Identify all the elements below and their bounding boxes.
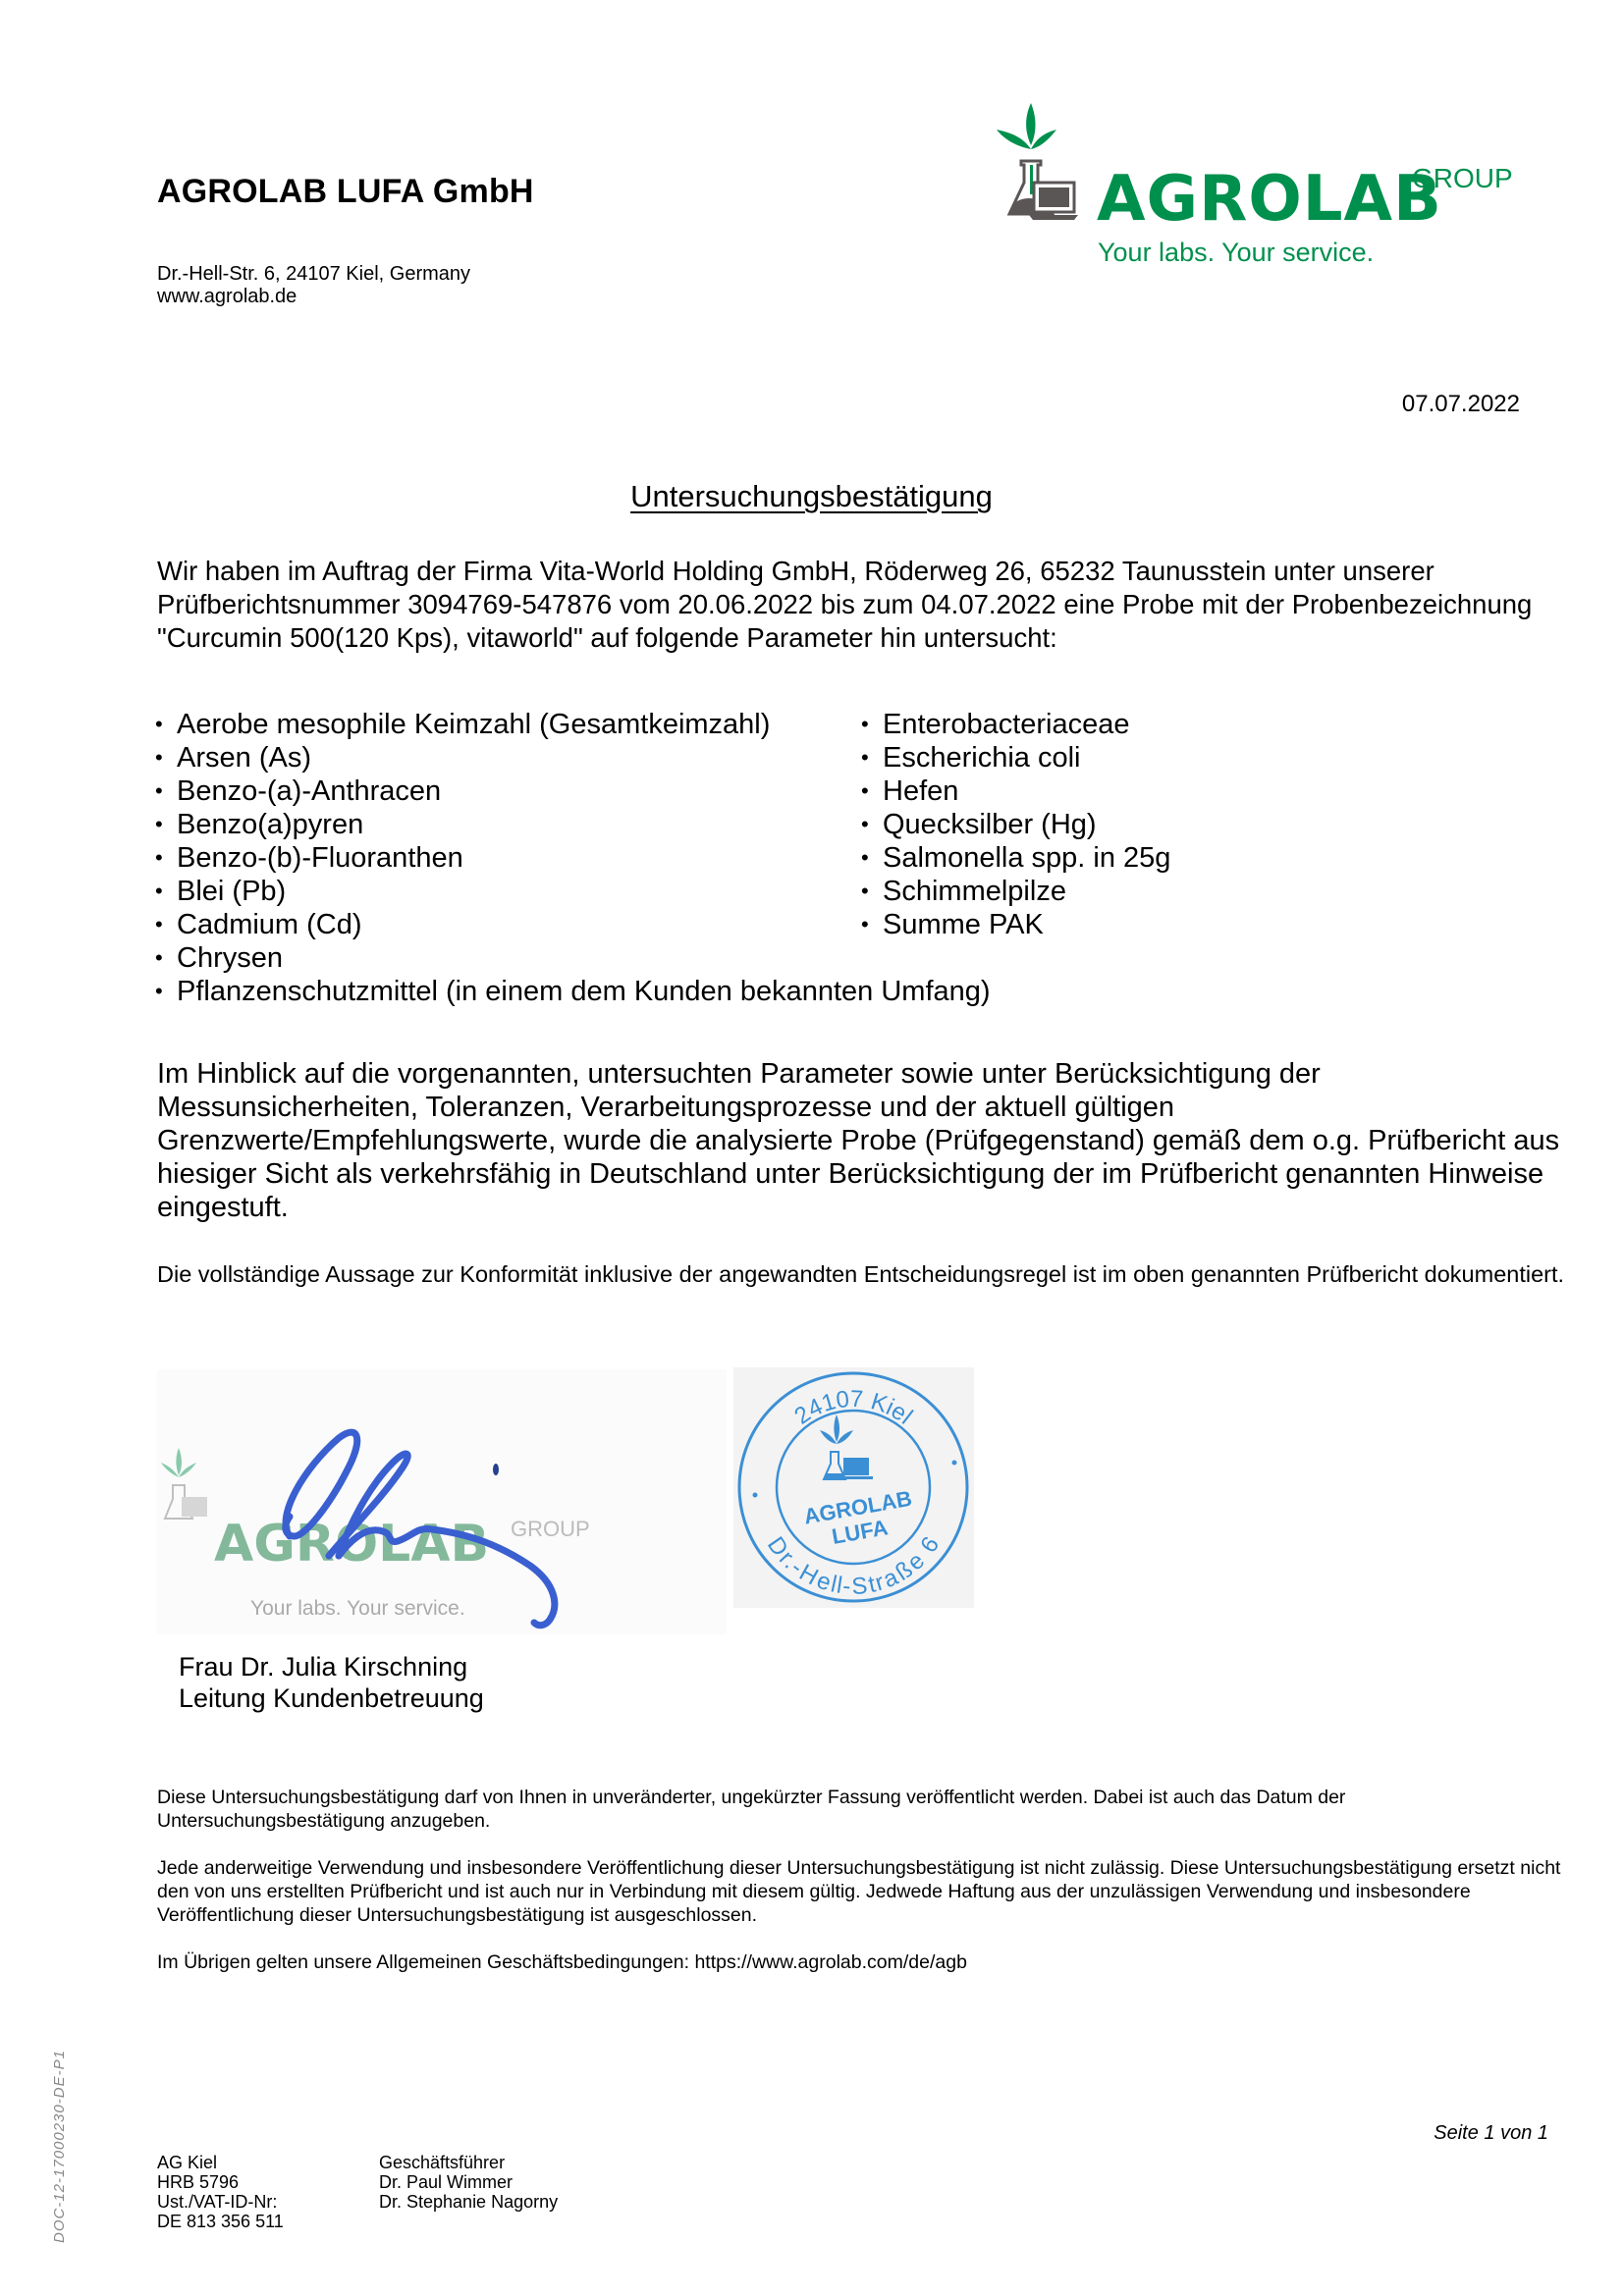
parameter-item: •Salmonella spp. in 25g [861,841,1170,875]
bullet-icon: • [861,708,869,741]
signer-name: Frau Dr. Julia Kirschning [179,1651,484,1682]
parameter-label: Benzo-(a)-Anthracen [177,775,441,807]
assessment-paragraph: Im Hinblick auf die vorgenannten, unters… [157,1057,1561,1224]
logo-wordmark: AGROLAB [1097,163,1442,236]
legal-terms-note: Im Übrigen gelten unsere Allgemeinen Ges… [157,1950,1571,1974]
bullet-icon: • [155,875,163,908]
parameter-label: Chrysen [177,942,283,974]
footer-line: Dr. Stephanie Nagorny [379,2192,558,2212]
company-stamp: 24107 Kiel Dr.-Hell-Straße 6 AGROLAB LUF… [733,1367,974,1608]
signer-block: Frau Dr. Julia Kirschning Leitung Kunden… [179,1651,484,1714]
footer-line: Ust./VAT-ID-Nr: [157,2192,284,2212]
footer-line: Dr. Paul Wimmer [379,2172,558,2192]
bullet-icon: • [155,908,163,941]
parameter-item: •Summe PAK [861,908,1170,941]
parameter-item: •Schimmelpilze [861,875,1170,908]
bullet-icon: • [861,808,869,841]
logo-tagline: Your labs. Your service. [1098,238,1374,268]
bullet-icon: • [155,975,163,1008]
parameter-label: Aerobe mesophile Keimzahl (Gesamtkeimzah… [177,709,770,740]
document-title-wrapper: Untersuchungsbestätigung [0,479,1623,514]
parameter-label: Quecksilber (Hg) [883,809,1097,840]
parameter-label: Schimmelpilze [883,876,1066,907]
bullet-icon: • [155,941,163,975]
parameter-label: Pflanzenschutzmittel (in einem dem Kunde… [177,976,991,1007]
footer-line: AG Kiel [157,2153,284,2172]
legal-notes: Diese Untersuchungsbestätigung darf von … [157,1786,1571,1998]
parameter-item: •Quecksilber (Hg) [861,808,1170,841]
signer-role: Leitung Kundenbetreuung [179,1682,484,1714]
footer-line: Geschäftsführer [379,2153,558,2172]
company-name: AGROLAB LUFA GmbH [157,173,534,211]
stamp-seal-icon: 24107 Kiel Dr.-Hell-Straße 6 AGROLAB LUF… [733,1367,974,1608]
parameter-label: Hefen [883,775,958,807]
parameter-label: Arsen (As) [177,742,311,774]
parameter-item: •Pflanzenschutzmittel (in einem dem Kund… [155,975,991,1008]
stamp-top-text: 24107 Kiel [789,1386,917,1430]
bullet-icon: • [155,741,163,774]
parameter-item: •Chrysen [155,941,991,975]
flask-laptop-sprout-icon [992,88,1100,226]
company-address: Dr.-Hell-Str. 6, 24107 Kiel, Germany www… [157,263,470,308]
parameter-label: Salmonella spp. in 25g [883,842,1170,874]
logo-group: GROUP [1412,163,1513,194]
parameter-item: •Enterobacteriaceae [861,708,1170,741]
page-indicator: Seite 1 von 1 [1434,2122,1548,2145]
footer-management: Geschäftsführer Dr. Paul Wimmer Dr. Step… [379,2153,558,2212]
parameter-label: Enterobacteriaceae [883,709,1130,740]
document-code: DOC-12-17000230-DE-P1 [51,2050,68,2243]
parameter-label: Blei (Pb) [177,876,286,907]
bullet-icon: • [155,841,163,875]
legal-restriction-note: Jede anderweitige Verwendung und insbeso… [157,1856,1571,1927]
svg-text:24107 Kiel: 24107 Kiel [789,1386,917,1430]
legal-publication-note: Diese Untersuchungsbestätigung darf von … [157,1786,1571,1833]
address-line: Dr.-Hell-Str. 6, 24107 Kiel, Germany [157,263,470,286]
parameter-label: Escherichia coli [883,742,1080,774]
bullet-icon: • [861,741,869,774]
footer-line: HRB 5796 [157,2172,284,2192]
document-date: 07.07.2022 [1402,391,1520,418]
footer-line: DE 813 356 511 [157,2212,284,2231]
bullet-icon: • [155,774,163,808]
bullet-icon: • [155,808,163,841]
bullet-icon: • [861,841,869,875]
website-link[interactable]: www.agrolab.de [157,286,470,308]
parameter-list-right: •Enterobacteriaceae•Escherichia coli•Hef… [861,708,1170,941]
bullet-icon: • [155,708,163,741]
parameter-label: Benzo-(b)-Fluoranthen [177,842,463,874]
parameter-item: •Hefen [861,774,1170,808]
parameter-label: Cadmium (Cd) [177,909,362,940]
bullet-icon: • [861,774,869,808]
bullet-icon: • [861,875,869,908]
document-title: Untersuchungsbestätigung [630,479,993,513]
intro-paragraph: Wir haben im Auftrag der Firma Vita-Worl… [157,555,1551,655]
parameter-label: Benzo(a)pyren [177,809,363,840]
signature-image: AGROLAB GROUP Your labs. Your service. [157,1369,727,1634]
agrolab-group-logo: AGROLAB GROUP Your labs. Your service. [992,88,1561,275]
parameter-label: Summe PAK [883,909,1044,940]
bullet-icon: • [861,908,869,941]
conformity-paragraph: Die vollständige Aussage zur Konformität… [157,1260,1571,1289]
footer-registration: AG Kiel HRB 5796 Ust./VAT-ID-Nr: DE 813 … [157,2153,284,2231]
parameter-item: •Escherichia coli [861,741,1170,774]
handwritten-signature-icon [157,1369,727,1634]
